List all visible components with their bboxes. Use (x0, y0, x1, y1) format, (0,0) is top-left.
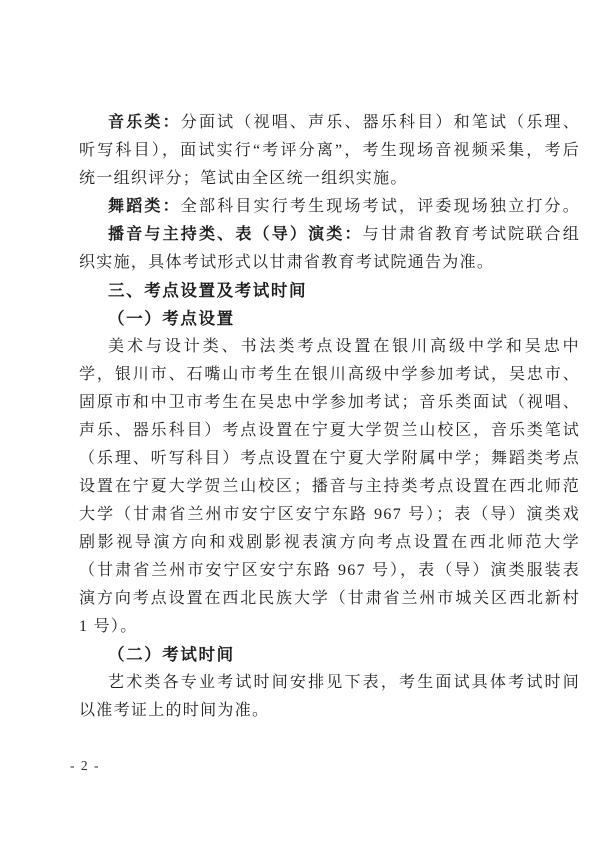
paragraph-lead: 播音与主持类、表（导）演类： (108, 226, 363, 243)
body-line: 舞蹈类：全部科目实行考生现场考试，评委现场独立打分。 (79, 193, 580, 221)
body-text: 1 号）。 (79, 618, 138, 635)
paragraph-lead: 音乐类： (108, 114, 181, 131)
body-text: （乐理、听写科目）考点设置在宁夏大学附属中学；舞蹈类考点 (79, 450, 580, 467)
page-number: - 2 - (70, 756, 100, 776)
body-line: 设置在宁夏大学贺兰山校区；播音与主持类考点设置在西北师范 (79, 473, 580, 501)
body-line: 声乐、器乐科目）考点设置在宁夏大学贺兰山校区，音乐类笔试 (79, 417, 580, 445)
body-text: 设置在宁夏大学贺兰山校区；播音与主持类考点设置在西北师范 (79, 478, 580, 495)
body-text: 与甘肃省教育考试院联合组 (363, 226, 580, 243)
body-text: 美术与设计类、书法类考点设置在银川高级中学和吴忠中 (108, 338, 580, 355)
body-line: 学，银川市、石嘴山市考生在银川高级中学参加考试，吴忠市、 (79, 361, 580, 389)
paragraph-lead: 舞蹈类： (108, 198, 181, 215)
body-line: 1 号）。 (79, 613, 580, 641)
subsection-heading-text: （一）考点设置 (108, 309, 235, 328)
body-text: 艺术类各专业考试时间安排见下表，考生面试具体考试时间 (108, 674, 580, 691)
subsection-heading: （一）考点设置 (79, 305, 580, 333)
body-line: 统一组织评分；笔试由全区统一组织实施。 (79, 165, 580, 193)
body-line: 剧影视导演方向和戏剧影视表演方向考点设置在西北师范大学 (79, 529, 580, 557)
body-line: 固原市和中卫市考生在吴忠中学参加考试；音乐类面试（视唱、 (79, 389, 580, 417)
body-line: 织实施，具体考试形式以甘肃省教育考试院通告为准。 (79, 249, 580, 277)
body-line: 以准考证上的时间为准。 (79, 697, 580, 725)
body-text: 分面试（视唱、声乐、器乐科目）和笔试（乐理、 (181, 114, 580, 131)
text-block: 音乐类：分面试（视唱、声乐、器乐科目）和笔试（乐理、 听写科目），面试实行“考评… (79, 109, 580, 725)
body-text: 演方向考点设置在西北民族大学（甘肃省兰州市城关区西北新村 (79, 590, 580, 607)
body-line: 大学（甘肃省兰州市安宁区安宁东路 967 号）；表（导）演类戏 (79, 501, 580, 529)
body-line: 美术与设计类、书法类考点设置在银川高级中学和吴忠中 (79, 333, 580, 361)
subsection-heading: （二）考试时间 (79, 641, 580, 669)
body-text: 学，银川市、石嘴山市考生在银川高级中学参加考试，吴忠市、 (79, 366, 580, 383)
body-line: 音乐类：分面试（视唱、声乐、器乐科目）和笔试（乐理、 (79, 109, 580, 137)
body-line: 播音与主持类、表（导）演类：与甘肃省教育考试院联合组 (79, 221, 580, 249)
section-heading: 三、考点设置及考试时间 (79, 277, 580, 305)
body-text: 固原市和中卫市考生在吴忠中学参加考试；音乐类面试（视唱、 (79, 394, 580, 411)
body-line: 听写科目），面试实行“考评分离”，考生现场音视频采集，考后 (79, 137, 580, 165)
document-page: 音乐类：分面试（视唱、声乐、器乐科目）和笔试（乐理、 听写科目），面试实行“考评… (0, 0, 595, 842)
body-line: 艺术类各专业考试时间安排见下表，考生面试具体考试时间 (79, 669, 580, 697)
body-text: 以准考证上的时间为准。 (79, 702, 269, 719)
section-heading-text: 三、考点设置及考试时间 (108, 282, 307, 300)
body-text: 织实施，具体考试形式以甘肃省教育考试院通告为准。 (79, 254, 494, 271)
body-text: 全部科目实行考生现场考试，评委现场独立打分。 (181, 198, 580, 215)
body-line: （甘肃省兰州市安宁区安宁东路 967 号），表（导）演类服装表 (79, 557, 580, 585)
body-text: （甘肃省兰州市安宁区安宁东路 967 号），表（导）演类服装表 (79, 562, 580, 579)
body-text: 大学（甘肃省兰州市安宁区安宁东路 967 号）；表（导）演类戏 (79, 506, 580, 523)
body-line: （乐理、听写科目）考点设置在宁夏大学附属中学；舞蹈类考点 (79, 445, 580, 473)
subsection-heading-text: （二）考试时间 (108, 645, 235, 664)
body-text: 声乐、器乐科目）考点设置在宁夏大学贺兰山校区，音乐类笔试 (79, 422, 580, 439)
body-line: 演方向考点设置在西北民族大学（甘肃省兰州市城关区西北新村 (79, 585, 580, 613)
body-text: 统一组织评分；笔试由全区统一组织实施。 (79, 170, 408, 187)
body-text: 听写科目），面试实行“考评分离”，考生现场音视频采集，考后 (79, 142, 580, 159)
body-text: 剧影视导演方向和戏剧影视表演方向考点设置在西北师范大学 (79, 534, 580, 551)
